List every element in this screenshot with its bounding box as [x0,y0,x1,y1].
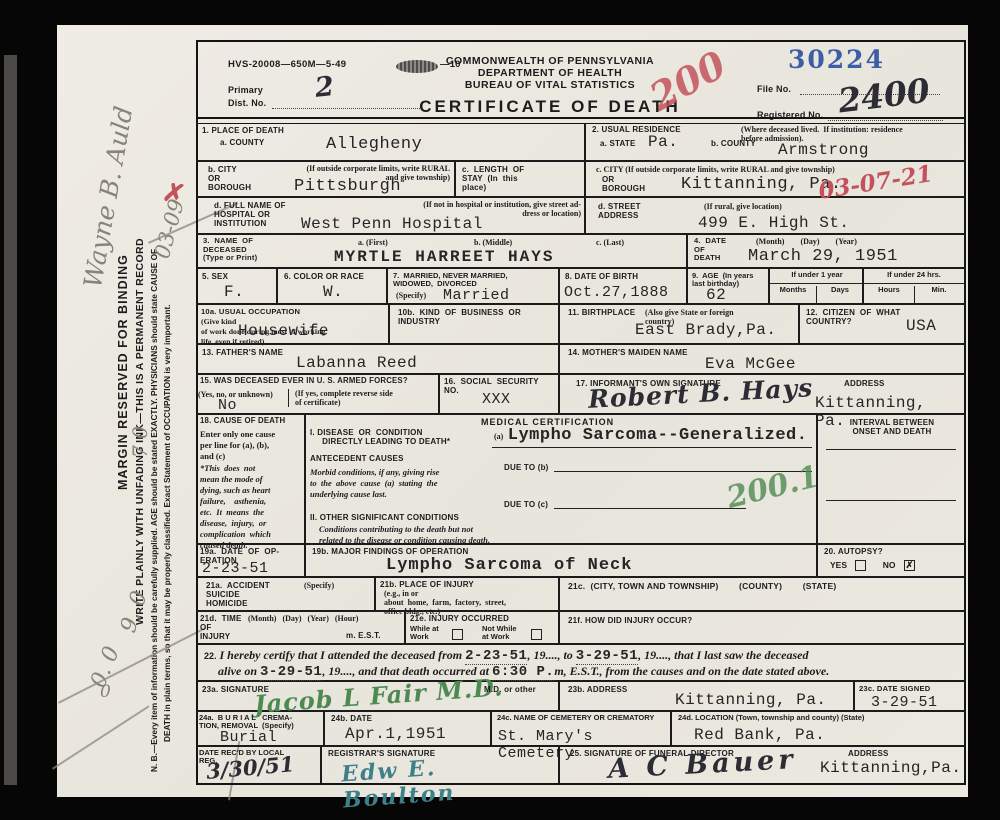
box19b-major-findings: 19b. MAJOR FINDINGS OF OPERATION Lympho … [306,545,818,578]
box14-label: 14. MOTHER'S MAIDEN NAME [568,348,688,357]
box19b-value: Lympho Sarcoma of Neck [386,556,632,575]
box18-label: 18. CAUSE OF DEATH [200,417,304,426]
box2b-label: b. COUNTY [711,139,756,148]
box14-value: Eva McGee [705,355,796,373]
box24c-cemetery: 24c. NAME OF CEMETERY OR CREMATORY St. M… [492,712,672,747]
box2d-value: 499 E. High St. [698,214,850,232]
box21e-notwhile-label: Not While at Work [482,625,517,642]
box8-value: Oct.27,1888 [564,284,669,301]
box18-interval-rule2 [826,500,956,501]
box22-from-date: 2-23-51 [465,648,527,665]
box18-interval: INTERVAL BETWEEN ONSET AND DEATH [818,415,966,545]
box23b-value: Kittanning, Pa. [675,691,827,709]
box19a-date-of-operation: 19a. DATE OF OP- ERATION 2-23-51 [196,545,306,578]
box5-label: 5. SEX [202,272,228,281]
box20-yes-label: YES [830,560,847,570]
box5-value: F. [224,283,244,301]
box1d-hospital: d. FULL NAME OF HOSPITAL OR INSTITUTION … [196,198,586,235]
box18-line-a: (a) Lympho Sarcoma--Generalized. [494,426,807,445]
box10a-label: 10a. USUAL OCCUPATION [201,308,300,317]
box5-sex: 5. SEX F. [196,269,278,305]
box23b-address: 23b. ADDRESS Kittanning, Pa. [560,682,855,712]
box21a-specify: (Specify) [304,581,334,590]
box25-date-received: DATE REC'D BY LOCAL REG. 3/30/51 [196,747,322,783]
box1b-city: b. CITY OR BOROUGH (If outside corporate… [196,162,456,198]
box14-mother: 14. MOTHER'S MAIDEN NAME Eva McGee [560,345,966,375]
box15-armed-forces: 15. WAS DECEASED EVER IN U. S. ARMED FOR… [196,375,440,415]
box22-certification: 22. I hereby certify that I attended the… [196,645,966,682]
box4-date-of-death: 4. DATE OF DEATH (Month) (Day) (Year) Ma… [688,235,966,269]
box24d-label: 24d. LOCATION (Town, township and county… [678,714,962,722]
box18-part1-label: I. DISEASE OR CONDITION DIRECTLY LEADING… [310,428,450,446]
box7-marital-status: 7. MARRIED, NEVER MARRIED, WIDOWED, DIVO… [388,269,560,305]
box10b-industry: 10b. KIND OF BUSINESS OR INDUSTRY [390,305,560,345]
box25-fd-address-label: ADDRESS [848,749,889,758]
box1-title: 1. PLACE OF DEATH [202,126,284,135]
box23c-label: 23c. DATE SIGNED [859,685,930,694]
pencil-zero: 0 [100,682,111,702]
box23a-signature: 23a. SIGNATURE Jacob L Fair M.D. M.D. or… [196,682,560,712]
box24b-date: 24b. DATE Apr.1,1951 [325,712,492,747]
box13-label: 13. FATHER'S NAME [202,348,283,357]
box21d-cols: (Month) (Day) (Year) (Hour) [248,614,358,623]
box3-last-label: c. (Last) [596,238,624,247]
box19b-label: 19b. MAJOR FINDINGS OF OPERATION [312,547,469,556]
box2-residence: 2. USUAL RESIDENCE (Where deceased lived… [586,123,966,162]
box21c-label: 21c. (CITY, TOWN AND TOWNSHIP) (COUNTY) … [568,582,836,592]
box13-value: Labanna Reed [296,354,417,372]
margin-nb-line1: N. B.—Every item of information should b… [149,249,159,772]
box22-seg1: I hereby certify that I attended the dec… [217,648,466,662]
margin-nb-line2: DEATH in plain terms, so that it may be … [162,304,172,742]
box2d-note: (If rural, give location) [704,202,782,211]
box16-value: XXX [482,391,511,408]
box18-morbid: Morbid conditions, if any, giving rise t… [310,467,439,500]
box3-middle-label: b. (Middle) [474,238,512,247]
box21c-location: 21c. (CITY, TOWN AND TOWNSHIP) (COUNTY) … [560,578,966,612]
box20-yes-checkbox [855,560,866,571]
box22-to-date: 3-29-51 [576,648,638,665]
box9-u2-head: If under 24 hrs. [864,271,964,284]
box21b-place-of-injury: 21b. PLACE OF INJURY (e.g., in or about … [376,578,560,612]
page-edge-strip [4,55,17,785]
box2d-street: d. STREET ADDRESS (If rural, give locati… [586,198,966,235]
box18-code-value: 200.1 [723,459,823,516]
box22-seg4: alive on [218,664,260,678]
box6-label: 6. COLOR OR RACE [284,272,364,281]
box18-note1: Enter only one cause per line for (a), (… [200,429,275,462]
photo-background: MARGIN RESERVED FOR BINDING WRITE PLAINL… [0,0,1000,820]
box19a-value: 2-23-51 [202,560,269,577]
box2b-value: Armstrong [778,141,869,159]
box8-label: 8. DATE OF BIRTH [565,272,638,281]
box18-medical-certification: MEDICAL CERTIFICATION I. DISEASE OR COND… [306,415,818,545]
box1d-label: d. FULL NAME OF HOSPITAL OR INSTITUTION [214,201,286,229]
box21f-label: 21f. HOW DID INJURY OCCUR? [568,616,692,625]
box21f-how-injury: 21f. HOW DID INJURY OCCUR? [560,612,966,645]
box20-no-checkbox: ✗ [904,560,915,571]
box18-due-b: DUE TO (b) [504,463,549,472]
box21d-label: 21d. TIME OF INJURY [200,614,242,642]
box18-part2-label: II. OTHER SIGNIFICANT CONDITIONS [310,513,459,522]
box10a-value: Housewife [238,322,329,340]
box23c-date-signed: 23c. DATE SIGNED 3-29-51 [855,682,966,712]
box9-age: 9. AGE (In years last birthday) 62 [688,269,770,305]
box16-ssn: 16. SOCIAL SECURITY NO. XXX [440,375,560,415]
box13-father: 13. FATHER'S NAME Labanna Reed [196,345,560,375]
box23c-value: 3-29-51 [871,694,938,711]
box9-months-label: Months [770,286,817,305]
box1b-value: Pittsburgh [294,177,401,196]
box4-cols: (Month) (Day) (Year) [756,237,857,246]
box1-county: 1. PLACE OF DEATH a. COUNTY Allegheny [196,123,586,162]
box18-part2-note: Conditions contributing to the death but… [319,524,490,546]
box6-color-race: 6. COLOR OR RACE W. [278,269,388,305]
box2a-value: Pa. [648,133,678,151]
box1d-value: West Penn Hospital [301,215,483,233]
box25-fd-address-value: Kittanning,Pa. [820,759,961,777]
box20-options: YES NO ✗ [830,560,915,571]
box9-under-24-hrs: If under 24 hrs. Hours Min. [864,269,966,305]
box21a-accident: 21a. ACCIDENT SUICIDE HOMICIDE (Specify) [196,578,376,612]
box10b-label: 10b. KIND OF BUSINESS OR INDUSTRY [398,308,521,326]
box24c-label: 24c. NAME OF CEMETERY OR CREMATORY [497,714,669,722]
box1a-label: a. COUNTY [220,138,264,147]
box22-seg3: , 19...., that I last saw the deceased [638,648,808,662]
box12-value: USA [906,317,936,335]
box24b-value: Apr.1,1951 [345,725,446,743]
box12-label: 12. CITIZEN OF WHAT COUNTRY? [806,308,900,326]
box7-value: Married [443,287,510,304]
box3-first-label: a. (First) [358,238,388,247]
box18-interval-head: INTERVAL BETWEEN ONSET AND DEATH [828,418,956,436]
box21a-label: 21a. ACCIDENT SUICIDE HOMICIDE [206,581,270,609]
box18-rule-c [554,508,746,509]
box9-days-label: Days [817,286,863,294]
box9-min-label: Min. [915,286,963,294]
box18-antecedent: ANTECEDENT CAUSES [310,454,404,463]
box2c-label2: OR BOROUGH [602,175,645,193]
box11-birthplace: 11. BIRTHPLACE (Also give State or forei… [560,305,800,345]
box22-number: 22. [204,651,217,661]
box23b-label: 23b. ADDRESS [568,685,627,694]
box21e-label: 21e. INJURY OCCURRED [410,614,509,623]
box18-a-tag: (a) [494,432,503,441]
box7-specify: (Specify) [396,291,426,300]
box9-hours-label: Hours [864,286,915,305]
box22-seg6: m, E.S.T., from the causes and on the da… [554,664,829,678]
pencil-code-70: 7 0 [128,426,152,458]
box24a-value: Burial [220,729,277,746]
box17-address-label: ADDRESS [844,379,885,388]
box11-label: 11. BIRTHPLACE [568,308,635,317]
box25-registrar: REGISTRAR'S SIGNATURE Edw E. Boulton [322,747,560,783]
box24d-location: 24d. LOCATION (Town, township and county… [672,712,966,747]
box21e-notwhile-checkbox [531,629,542,640]
box20-label: 20. AUTOPSY? [824,547,883,556]
box18-left-notes: 18. CAUSE OF DEATH Enter only one cause … [196,415,306,545]
box21e-while-checkbox [452,629,463,640]
box3-name-of-deceased: 3. NAME OF DECEASED (Type or Print) a. (… [196,235,688,269]
box2c-city: c. CITY (If outside corporate limits, wr… [586,162,966,198]
box11-value: East Brady,Pa. [635,321,776,339]
box9-u1-head: If under 1 year [770,271,864,284]
box21b-label: 21b. PLACE OF INJURY [380,580,474,589]
box18-a-value: Lympho Sarcoma--Generalized. [508,426,808,445]
box24b-label: 24b. DATE [331,714,372,723]
box17-informant: 17. INFORMANT'S OWN SIGNATURE ADDRESS Ro… [560,375,966,415]
box18-note2: *This does not mean the mode of dying, s… [200,463,271,551]
box23a-suffix: M.D. or other [484,685,536,694]
box21d-est: m. E.S.T. [346,631,381,640]
box22-alive-date: 3-29-51 [260,664,322,681]
box18-due-c: DUE TO (c) [504,500,548,509]
box24a-burial: 24a. B U R I A L CREMA- TION, REMOVAL (S… [196,712,325,747]
box12-citizen: 12. CITIZEN OF WHAT COUNTRY? USA [800,305,966,345]
box9-value: 62 [706,286,726,304]
box8-date-of-birth: 8. DATE OF BIRTH Oct.27,1888 [560,269,688,305]
box18-rule-a [492,447,812,448]
box20-no-label: NO [883,560,896,570]
box4-label: 4. DATE OF DEATH [694,237,726,263]
box3-label: 3. NAME OF DECEASED (Type or Print) [203,237,257,263]
box22-seg2: , 19...., to [527,648,575,662]
box21e-while-label: While at Work [410,625,439,642]
box22-line2: alive on 3-29-51, 19...., and that death… [218,664,962,680]
box15-label: 15. WAS DECEASED EVER IN U. S. ARMED FOR… [200,377,438,386]
box2a-label: a. STATE [600,139,636,148]
box21e-injury-occurred: 21e. INJURY OCCURRED While at Work Not W… [406,612,560,645]
box21d-time-of-injury: 21d. TIME OF INJURY (Month) (Day) (Year)… [196,612,406,645]
box10a-occupation: 10a. USUAL OCCUPATION (Give kind of work… [196,305,390,345]
box20-autopsy: 20. AUTOPSY? YES NO ✗ [818,545,966,578]
box25-funeral-director: 25. SIGNATURE OF FUNERAL DIRECTOR ADDRES… [560,747,966,783]
box6-value: W. [323,283,343,301]
box22-line1: 22. I hereby certify that I attended the… [204,648,960,664]
box1b-label: b. CITY OR BOROUGH [208,165,251,193]
box15-value: No [218,397,237,414]
box1a-value: Allegheny [326,135,422,154]
box15-sub2: (If yes, complete reverse side of certif… [288,389,393,407]
box4-value: March 29, 1951 [748,247,898,266]
box18-interval-rule1 [826,449,956,450]
box3-value: MYRTLE HARREET HAYS [334,248,554,266]
box24d-value: Red Bank, Pa. [694,726,825,744]
box1c-length-of-stay: c. LENGTH OF STAY (In this place) [456,162,586,198]
box1c-label: c. LENGTH OF STAY (In this place) [462,165,524,193]
box9-under-1-year: If under 1 year Months Days [770,269,864,305]
box2d-label: d. STREET ADDRESS [598,202,641,220]
